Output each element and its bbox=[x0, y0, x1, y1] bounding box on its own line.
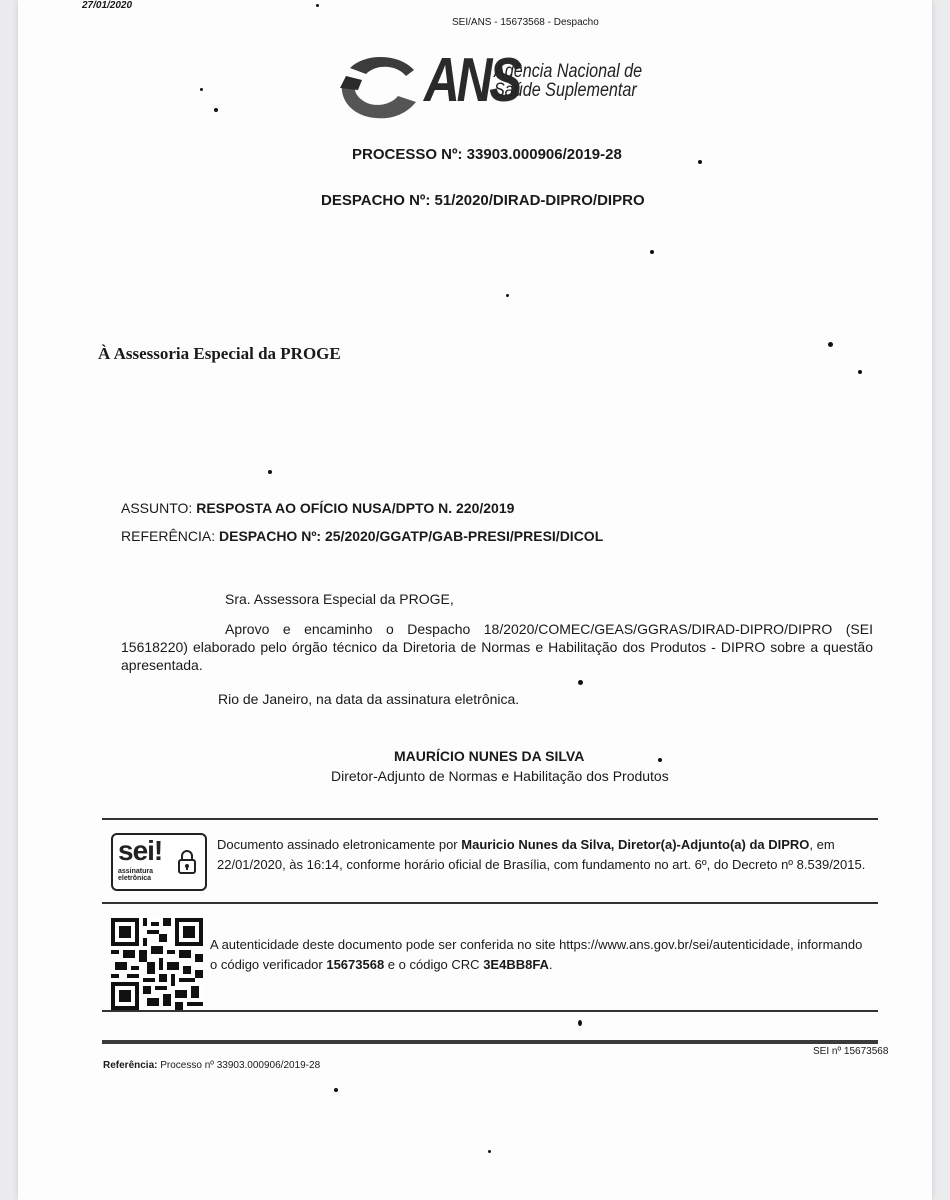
logo-agency-name: Agência Nacional de Saúde Suplementar bbox=[494, 62, 642, 100]
despacho-value: 51/2020/DIRAD-DIPRO/DIPRO bbox=[435, 192, 645, 209]
qr-code-icon bbox=[111, 918, 203, 1010]
sei-signature-badge: sei! assinatura eletrônica bbox=[111, 833, 207, 891]
footer-ref-label: Referência: bbox=[103, 1060, 157, 1071]
sei-reference-header: SEI/ANS - 15673568 - Despacho bbox=[452, 17, 599, 28]
divider bbox=[102, 818, 878, 820]
process-number: PROCESSO Nº: 33903.000906/2019-28 bbox=[352, 146, 622, 163]
subject-value: RESPOSTA AO OFÍCIO NUSA/DPTO N. 220/2019 bbox=[196, 500, 514, 516]
verifier-code: 15673568 bbox=[326, 957, 384, 972]
footer-ref-value: Processo nº 33903.000906/2019-28 bbox=[160, 1060, 320, 1071]
electronic-signature-text: Documento assinado eletronicamente por M… bbox=[217, 835, 877, 875]
signer-role: Diretor-Adjunto de Normas e Habilitação … bbox=[331, 768, 669, 784]
despacho-number: DESPACHO Nº: 51/2020/DIRAD-DIPRO/DIPRO bbox=[321, 192, 645, 209]
reference-line: REFERÊNCIA: DESPACHO Nº: 25/2020/GGATP/G… bbox=[121, 528, 603, 544]
crc-code: 3E4BB8FA bbox=[483, 957, 549, 972]
reference-value: DESPACHO Nº: 25/2020/GGATP/GAB-PRESI/PRE… bbox=[219, 528, 603, 544]
ans-swoosh-icon bbox=[336, 50, 426, 122]
sei-badge-word: sei! bbox=[118, 835, 162, 867]
authenticity-text: A autenticidade deste documento pode ser… bbox=[210, 935, 870, 975]
sei-badge-subtitle: assinatura eletrônica bbox=[118, 868, 153, 882]
place-date: Rio de Janeiro, na data da assinatura el… bbox=[218, 690, 519, 708]
subject-line: ASSUNTO: RESPOSTA AO OFÍCIO NUSA/DPTO N.… bbox=[121, 500, 514, 516]
despacho-label: DESPACHO Nº: bbox=[321, 192, 430, 209]
salutation: Sra. Assessora Especial da PROGE, bbox=[225, 590, 454, 608]
body-paragraph: Aprovo e encaminho o Despacho 18/2020/CO… bbox=[121, 620, 873, 674]
reference-label: REFERÊNCIA: bbox=[121, 528, 215, 544]
signer-name: MAURÍCIO NUNES DA SILVA bbox=[394, 748, 584, 764]
logo-line1: Agência Nacional de bbox=[494, 62, 642, 81]
footer-reference: Referência: Processo nº 33903.000906/201… bbox=[103, 1060, 320, 1071]
addressee: À Assessoria Especial da PROGE bbox=[98, 344, 341, 364]
process-value: 33903.000906/2019-28 bbox=[467, 146, 622, 163]
process-label: PROCESSO Nº: bbox=[352, 146, 463, 163]
footer-divider bbox=[102, 1040, 878, 1044]
divider bbox=[102, 1010, 878, 1012]
lock-icon bbox=[177, 849, 197, 875]
logo-line2: Saúde Suplementar bbox=[494, 81, 642, 100]
subject-label: ASSUNTO: bbox=[121, 500, 192, 516]
signed-by-name: Mauricio Nunes da Silva, Diretor(a)-Adju… bbox=[461, 837, 809, 852]
print-date: 27/01/2020 bbox=[82, 0, 132, 11]
ans-logo: ANS Agência Nacional de Saúde Suplementa… bbox=[336, 48, 676, 123]
divider bbox=[102, 902, 878, 904]
footer-sei-number: SEI nº 15673568 bbox=[813, 1046, 888, 1057]
document-page: 27/01/2020 SEI/ANS - 15673568 - Despacho… bbox=[18, 0, 932, 1200]
